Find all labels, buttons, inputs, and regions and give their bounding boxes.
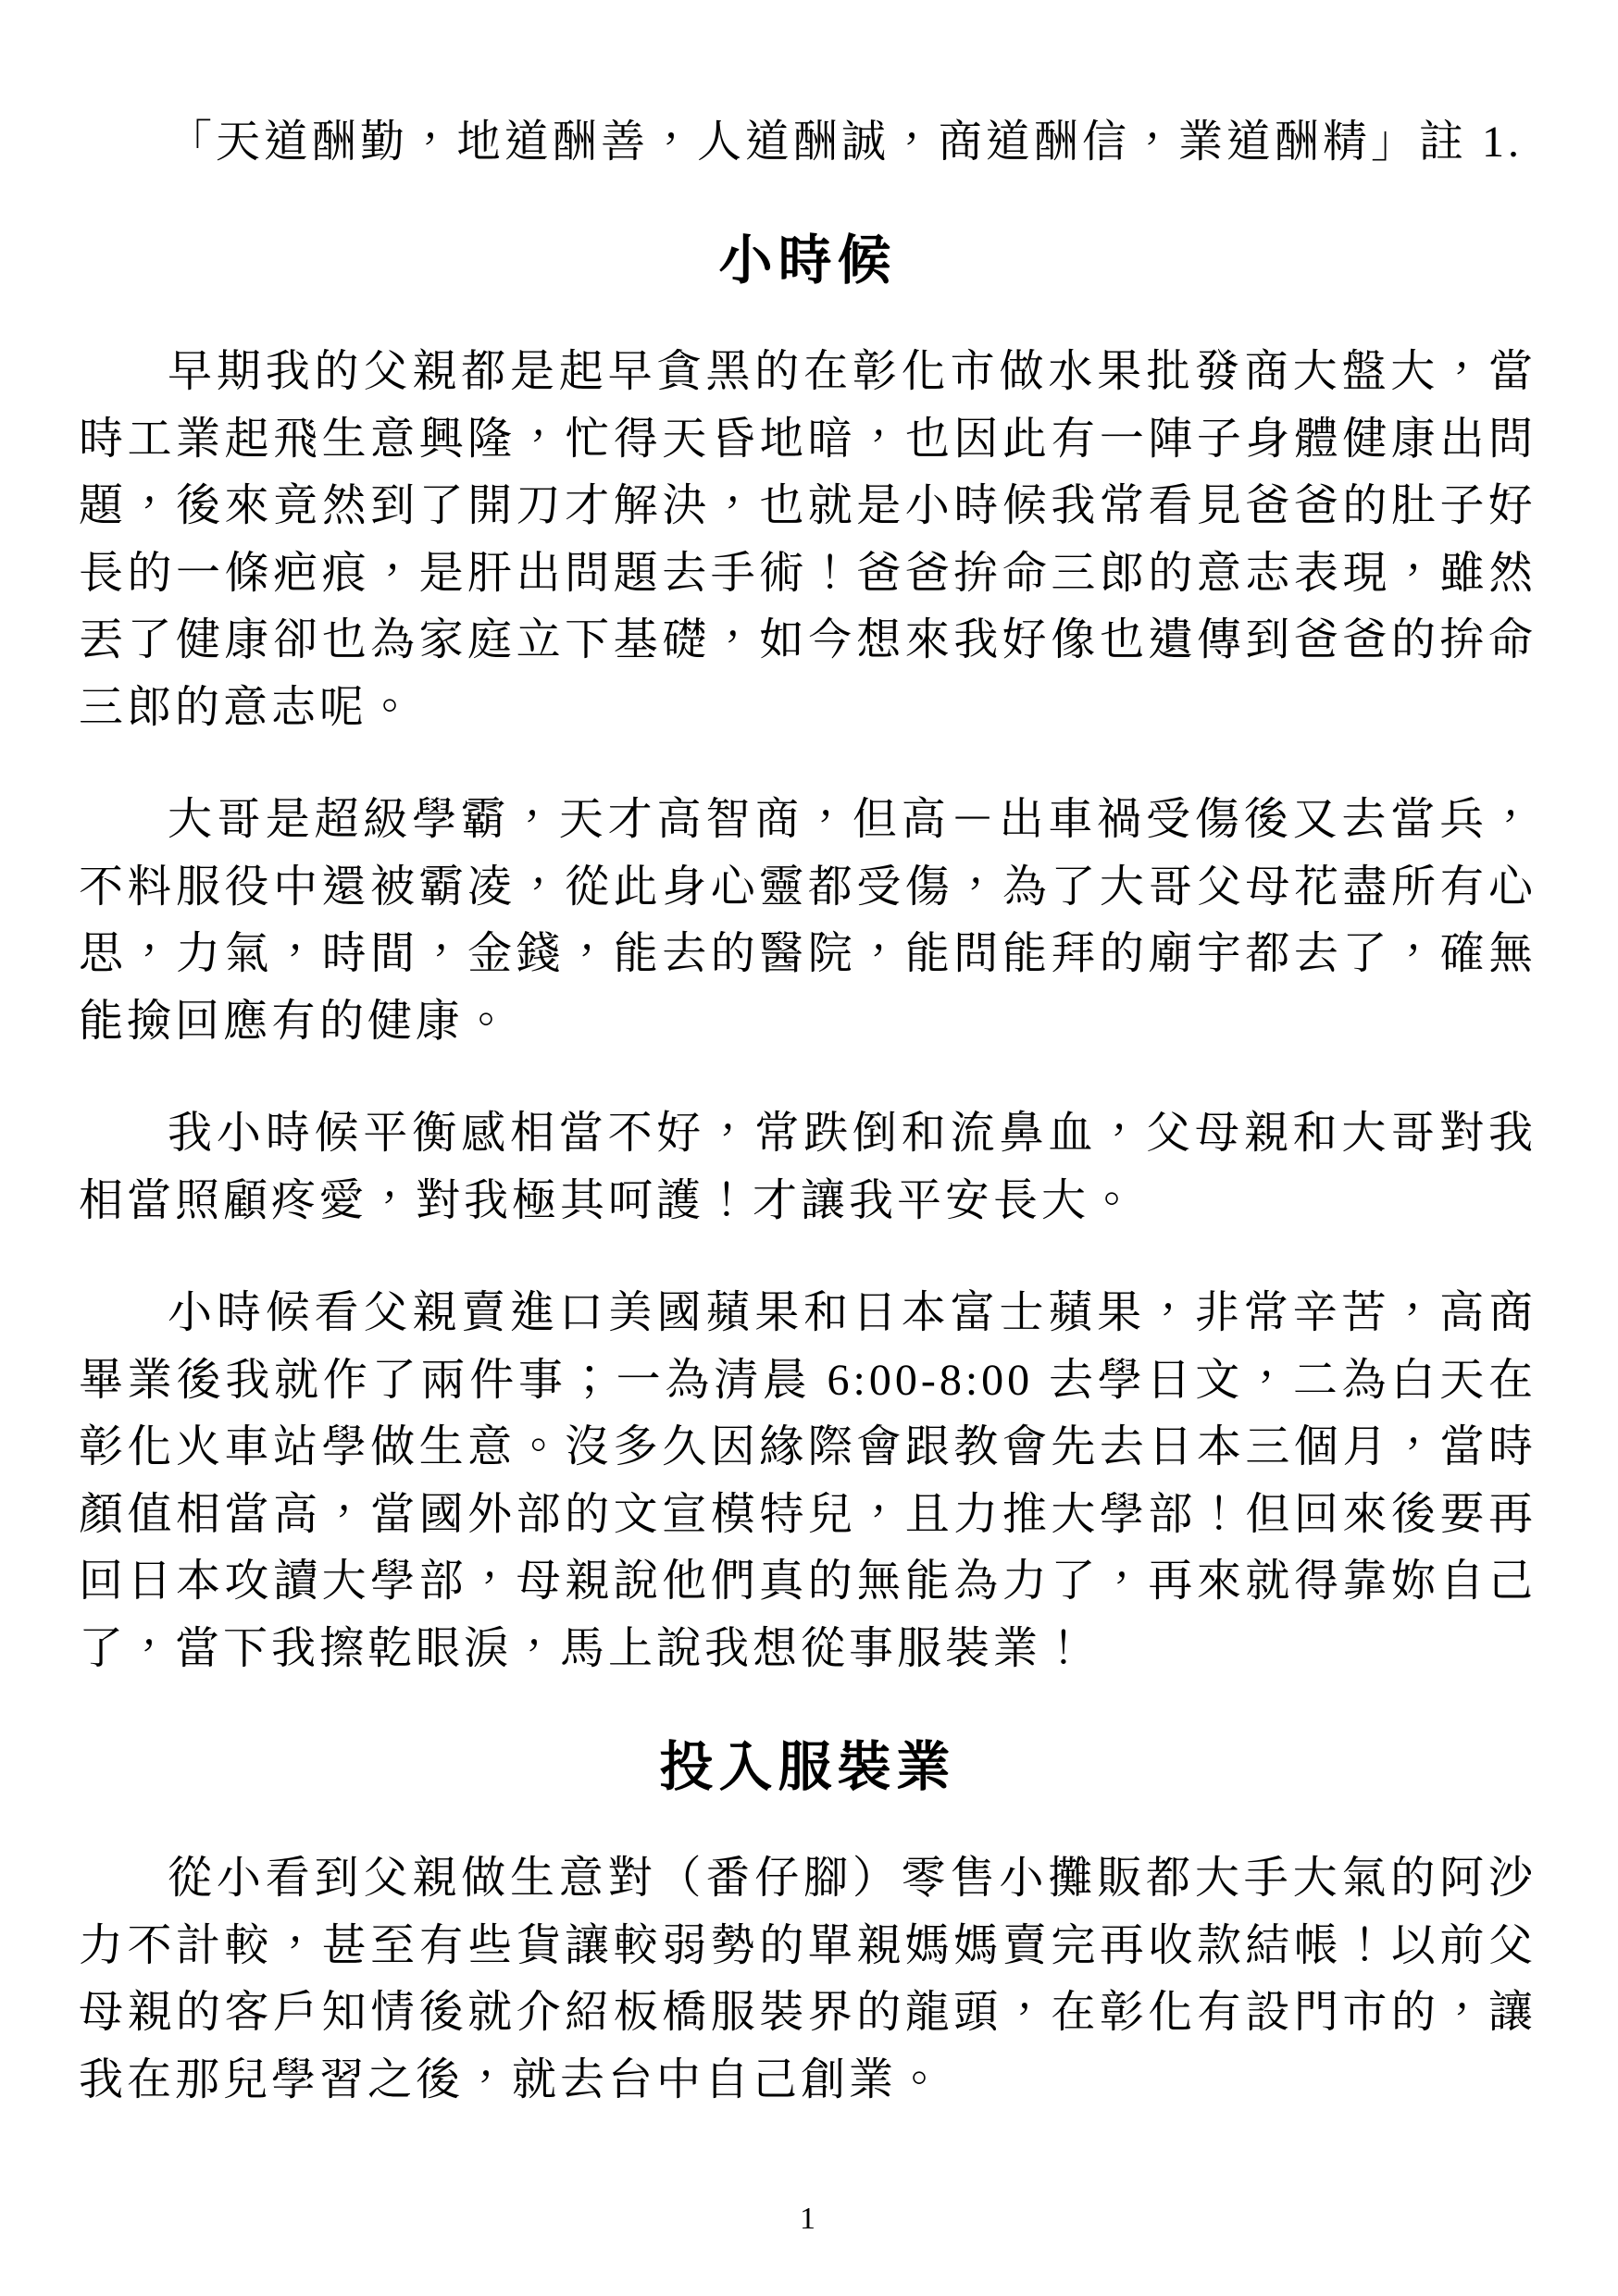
paragraph-childhood-balance: 我小時候平衡感相當不好，常跌倒和流鼻血，父母親和大哥對我相當照顧疼愛，對我極其呵… [79,1100,1537,1235]
section-heading-fashion-industry: 投入服裝業 [79,1731,1537,1805]
document-page: 「天道酬勤，地道酬善，人道酬誠，商道酬信，業道酬精」註 1. 小時候 早期我的父… [0,0,1618,2296]
paragraph-elder-brother: 大哥是超級學霸，天才高智商，但高－出車禍受傷後又去當兵，不料服役中還被霸凌，從此… [79,787,1537,1055]
opening-quote: 「天道酬勤，地道酬善，人道酬誠，商道酬信，業道酬精」註 1. [79,109,1537,176]
paragraph-entering-fashion: 從小看到父親做生意對（番仔腳）零售小攤販都大手大氣的阿沙力不計較，甚至有些貨讓較… [79,1845,1537,2114]
paragraph-father-fruit-wholesale: 早期我的父親都是起早貪黑的在彰化市做水果批發商大盤大，當時工業起飛生意興隆，忙得… [79,339,1537,741]
paragraph-apples-japan: 小時候看父親賣進口美國蘋果和日本富士蘋果，非常辛苦，高商畢業後我就作了兩件事；一… [79,1280,1537,1682]
section-heading-childhood: 小時候 [79,224,1537,298]
page-number: 1 [79,2199,1537,2240]
